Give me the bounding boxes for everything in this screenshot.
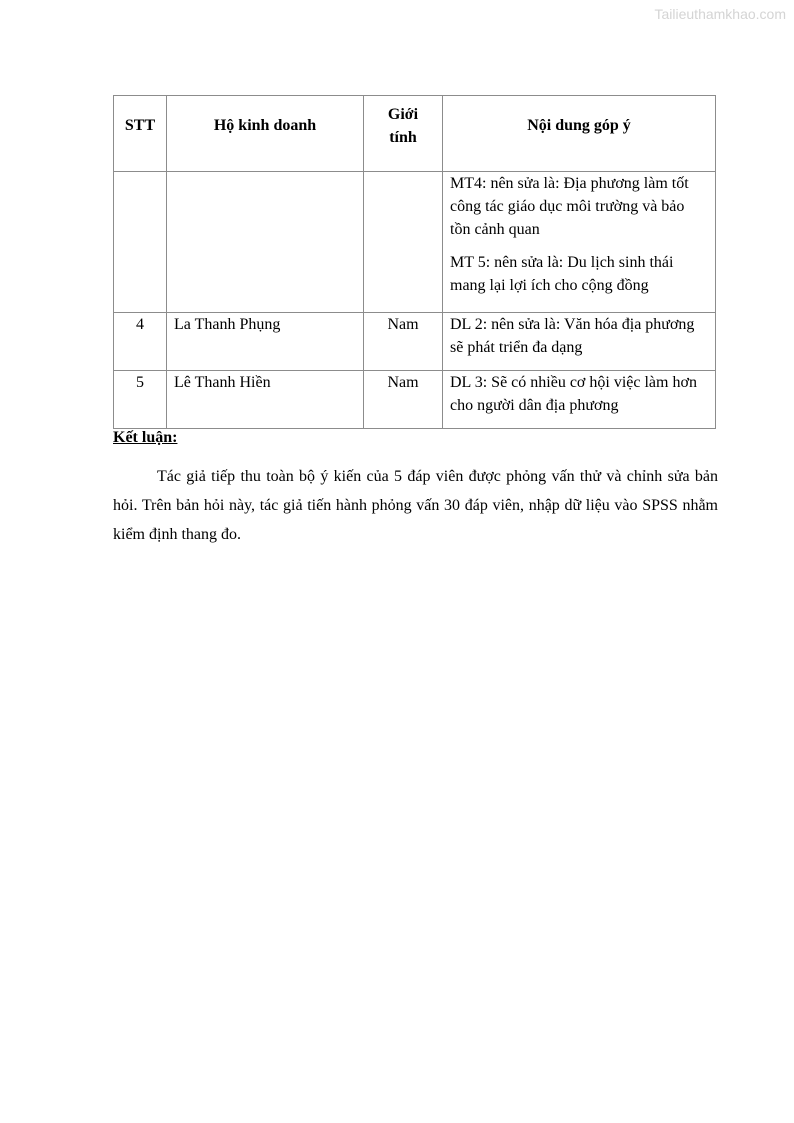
header-gender-line1: Giới — [388, 106, 418, 123]
table-row: 5 Lê Thanh Hiền Nam DL 3: Sẽ có nhiều cơ… — [114, 371, 716, 429]
table-header-row: STT Hộ kinh doanh Giới tính Nội dung góp… — [114, 96, 716, 172]
feedback-paragraph: MT4: nên sửa là: Địa phương làm tốt công… — [450, 172, 708, 241]
cell-stt: 4 — [114, 313, 167, 371]
feedback-table: STT Hộ kinh doanh Giới tính Nội dung góp… — [113, 95, 716, 429]
header-stt: STT — [114, 96, 167, 172]
cell-business: La Thanh Phụng — [167, 313, 364, 371]
table-row: MT4: nên sửa là: Địa phương làm tốt công… — [114, 172, 716, 313]
cell-feedback: DL 3: Sẽ có nhiều cơ hội việc làm hơn ch… — [443, 371, 716, 429]
header-business: Hộ kinh doanh — [167, 96, 364, 172]
cell-feedback: MT4: nên sửa là: Địa phương làm tốt công… — [443, 172, 716, 313]
cell-business — [167, 172, 364, 313]
feedback-paragraph: MT 5: nên sửa là: Du lịch sinh thái mang… — [450, 251, 708, 297]
cell-gender: Nam — [364, 313, 443, 371]
conclusion-heading: Kết luận: — [113, 427, 177, 449]
table-row: 4 La Thanh Phụng Nam DL 2: nên sửa là: V… — [114, 313, 716, 371]
watermark: Tailieuthamkhao.com — [654, 6, 786, 22]
cell-feedback: DL 2: nên sửa là: Văn hóa địa phương sẽ … — [443, 313, 716, 371]
cell-gender — [364, 172, 443, 313]
header-feedback: Nội dung góp ý — [443, 96, 716, 172]
cell-stt: 5 — [114, 371, 167, 429]
cell-stt — [114, 172, 167, 313]
cell-business: Lê Thanh Hiền — [167, 371, 364, 429]
conclusion-paragraph: Tác giả tiếp thu toàn bộ ý kiến của 5 đá… — [113, 462, 718, 549]
header-gender-line2: tính — [389, 129, 417, 146]
cell-gender: Nam — [364, 371, 443, 429]
header-gender: Giới tính — [364, 96, 443, 172]
